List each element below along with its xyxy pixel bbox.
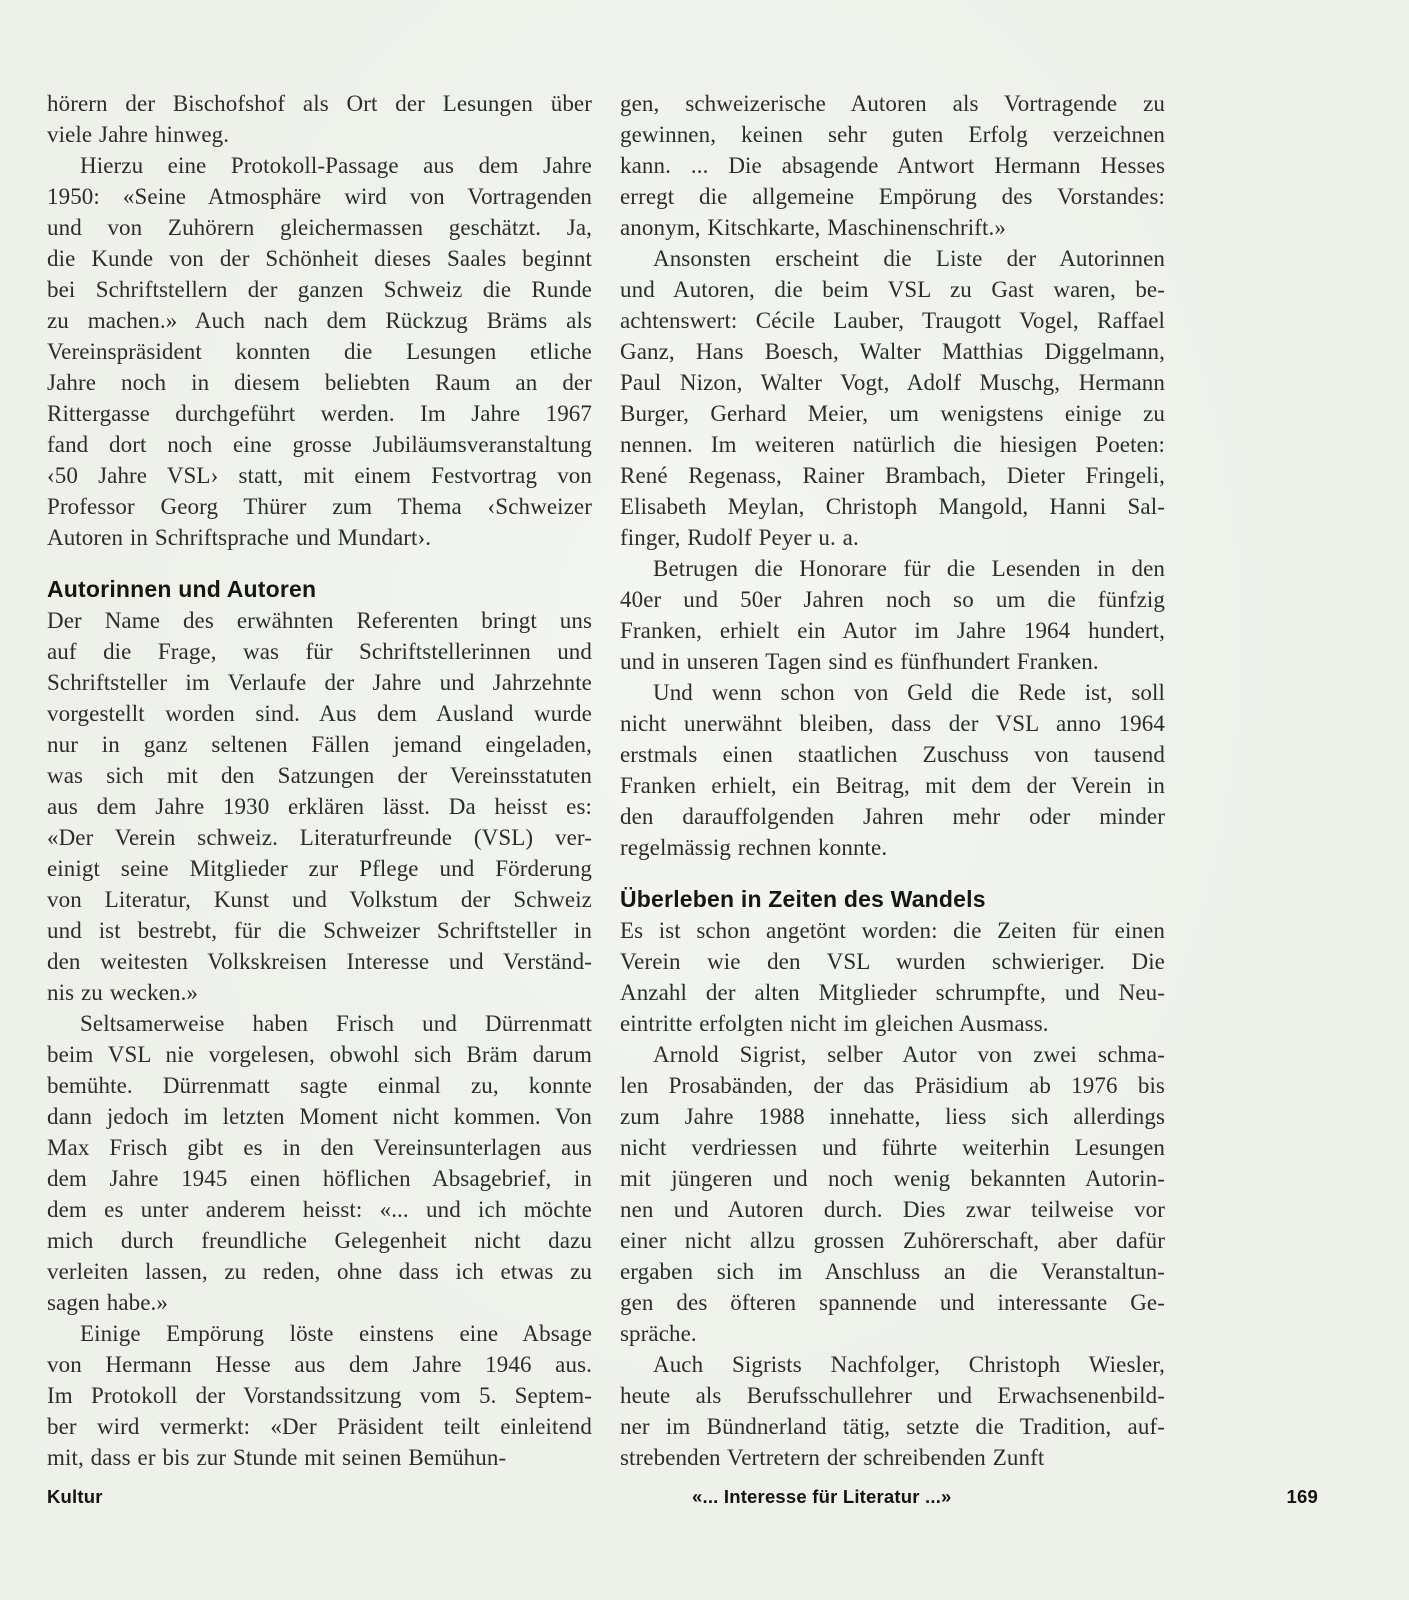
paragraph: Auch Sigrists Nachfolger, Christoph Wies… — [620, 1349, 1165, 1473]
text-line: Burger, Gerhard Meier, um wenigstens ein… — [620, 398, 1165, 429]
footer-running-title: «... Interesse für Literatur ...» — [692, 1486, 952, 1508]
left-text-column: hörern der Bischofshof als Ort der Lesun… — [47, 88, 592, 1473]
text-line: nur in ganz seltenen Fällen jemand einge… — [47, 729, 592, 760]
text-line: den weitesten Volkskreisen Interesse und… — [47, 946, 592, 977]
text-line: Auch Sigrists Nachfolger, Christoph Wies… — [620, 1349, 1165, 1380]
text-line: Arnold Sigrist, selber Autor von zwei sc… — [620, 1039, 1165, 1070]
text-line: Professor Georg Thürer zum Thema ‹Schwei… — [47, 491, 592, 522]
text-line: nennen. Im weiteren natürlich die hiesig… — [620, 429, 1165, 460]
text-line: Verein wie den VSL wurden schwieriger. D… — [620, 946, 1165, 977]
text-line: spräche. — [620, 1318, 1165, 1349]
text-line: mit jüngeren und noch wenig bekannten Au… — [620, 1163, 1165, 1194]
text-line: und in unseren Tagen sind es fünfhundert… — [620, 646, 1165, 677]
text-line: Seltsamerweise haben Frisch und Dürrenma… — [47, 1008, 592, 1039]
text-line: zum Jahre 1988 innehatte, liess sich all… — [620, 1101, 1165, 1132]
text-line: len Prosabänden, der das Präsidium ab 19… — [620, 1070, 1165, 1101]
paragraph: Arnold Sigrist, selber Autor von zwei sc… — [620, 1039, 1165, 1349]
text-line: ergaben sich im Anschluss an die Veranst… — [620, 1256, 1165, 1287]
paragraph: Betrugen die Honorare für die Lesenden i… — [620, 553, 1165, 677]
text-line: fand dort noch eine grosse Jubiläumsvera… — [47, 429, 592, 460]
text-line: René Regenass, Rainer Brambach, Dieter F… — [620, 460, 1165, 491]
text-line: strebenden Vertretern der schreibenden Z… — [620, 1442, 1165, 1473]
text-line: eintritte erfolgten nicht im gleichen Au… — [620, 1008, 1165, 1039]
text-line: erregt die allgemeine Empörung des Vorst… — [620, 181, 1165, 212]
text-line: Rittergasse durchgeführt werden. Im Jahr… — [47, 398, 592, 429]
text-line: nen und Autoren durch. Dies zwar teilwei… — [620, 1194, 1165, 1225]
text-line: nicht unerwähnt bleiben, dass der VSL an… — [620, 708, 1165, 739]
text-line: 40er und 50er Jahren noch so um die fünf… — [620, 584, 1165, 615]
text-line: mich durch freundliche Gelegenheit nicht… — [47, 1225, 592, 1256]
text-line: achtenswert: Cécile Lauber, Traugott Vog… — [620, 305, 1165, 336]
text-line: «Der Verein schweiz. Literaturfreunde (V… — [47, 822, 592, 853]
text-line: heute als Berufsschullehrer und Erwachse… — [620, 1380, 1165, 1411]
text-line: Es ist schon angetönt worden: die Zeiten… — [620, 915, 1165, 946]
text-line: von Hermann Hesse aus dem Jahre 1946 aus… — [47, 1349, 592, 1380]
text-line: mit, dass er bis zur Stunde mit seinen B… — [47, 1442, 592, 1473]
paragraph: Seltsamerweise haben Frisch und Dürrenma… — [47, 1008, 592, 1318]
text-line: von Literatur, Kunst und Volkstum der Sc… — [47, 884, 592, 915]
text-line: Ganz, Hans Boesch, Walter Matthias Digge… — [620, 336, 1165, 367]
paragraph: Einige Empörung löste einstens eine Absa… — [47, 1318, 592, 1473]
text-line: Max Frisch gibt es in den Vereinsunterla… — [47, 1132, 592, 1163]
text-line: Schriftsteller im Verlaufe der Jahre und… — [47, 667, 592, 698]
text-line: anonym, Kitschkarte, Maschinenschrift.» — [620, 212, 1165, 243]
text-line: Autoren in Schriftsprache und Mundart›. — [47, 522, 592, 553]
text-line: auf die Frage, was für Schriftstellerinn… — [47, 636, 592, 667]
footer-page-number: 169 — [1287, 1486, 1318, 1508]
section-heading: Überleben in Zeiten des Wandels — [620, 884, 1165, 915]
text-line: Und wenn schon von Geld die Rede ist, so… — [620, 677, 1165, 708]
text-line: gewinnen, keinen sehr guten Erfolg verze… — [620, 119, 1165, 150]
text-line: Anzahl der alten Mitglieder schrumpfte, … — [620, 977, 1165, 1008]
paragraph: Und wenn schon von Geld die Rede ist, so… — [620, 677, 1165, 863]
text-line: dann jedoch im letzten Moment nicht komm… — [47, 1101, 592, 1132]
text-line: und von Zuhörern gleichermassen geschätz… — [47, 212, 592, 243]
text-line: Franken, erhielt ein Autor im Jahre 1964… — [620, 615, 1165, 646]
paragraph: Ansonsten erscheint die Liste der Autori… — [620, 243, 1165, 553]
text-line: beim VSL nie vorgelesen, obwohl sich Brä… — [47, 1039, 592, 1070]
text-line: kann. ... Die absagende Antwort Hermann … — [620, 150, 1165, 181]
text-line: und ist bestrebt, für die Schweizer Schr… — [47, 915, 592, 946]
text-line: sagen habe.» — [47, 1287, 592, 1318]
text-line: einer nicht allzu grossen Zuhörerschaft,… — [620, 1225, 1165, 1256]
text-line: nis zu wecken.» — [47, 977, 592, 1008]
text-line: ber wird vermerkt: «Der Präsident teilt … — [47, 1411, 592, 1442]
section-heading: Autorinnen und Autoren — [47, 574, 592, 605]
text-line: Einige Empörung löste einstens eine Absa… — [47, 1318, 592, 1349]
text-line: und Autoren, die beim VSL zu Gast waren,… — [620, 274, 1165, 305]
text-line: Franken erhielt, ein Beitrag, mit dem de… — [620, 770, 1165, 801]
text-line: ner im Bündnerland tätig, setzte die Tra… — [620, 1411, 1165, 1442]
text-line: nicht verdriessen und führte weiterhin L… — [620, 1132, 1165, 1163]
text-line: Paul Nizon, Walter Vogt, Adolf Muschg, H… — [620, 367, 1165, 398]
text-line: dem es unter anderem heisst: «... und ic… — [47, 1194, 592, 1225]
text-line: die Kunde von der Schönheit dieses Saale… — [47, 243, 592, 274]
text-line: bei Schriftstellern der ganzen Schweiz d… — [47, 274, 592, 305]
paragraph: Hierzu eine Protokoll-Passage aus dem Ja… — [47, 150, 592, 553]
paragraph: Es ist schon angetönt worden: die Zeiten… — [620, 915, 1165, 1039]
footer-section-label: Kultur — [47, 1486, 103, 1508]
text-line: vorgestellt worden sind. Aus dem Ausland… — [47, 698, 592, 729]
text-line: Hierzu eine Protokoll-Passage aus dem Ja… — [47, 150, 592, 181]
text-line: was sich mit den Satzungen der Vereinsst… — [47, 760, 592, 791]
text-line: Betrugen die Honorare für die Lesenden i… — [620, 553, 1165, 584]
text-line: bemühte. Dürrenmatt sagte einmal zu, kon… — [47, 1070, 592, 1101]
text-line: Im Protokoll der Vorstandssitzung vom 5.… — [47, 1380, 592, 1411]
text-line: einigt seine Mitglieder zur Pflege und F… — [47, 853, 592, 884]
text-line: Der Name des erwähnten Referenten bringt… — [47, 605, 592, 636]
text-line: hörern der Bischofshof als Ort der Lesun… — [47, 88, 592, 119]
text-line: gen des öfteren spannende und interessan… — [620, 1287, 1165, 1318]
paragraph: Der Name des erwähnten Referenten bringt… — [47, 605, 592, 1008]
text-line: zu machen.» Auch nach dem Rückzug Bräms … — [47, 305, 592, 336]
text-line: verleiten lassen, zu reden, ohne dass ic… — [47, 1256, 592, 1287]
text-line: Elisabeth Meylan, Christoph Mangold, Han… — [620, 491, 1165, 522]
text-line: ‹50 Jahre VSL› statt, mit einem Festvort… — [47, 460, 592, 491]
text-line: gen, schweizerische Autoren als Vortrage… — [620, 88, 1165, 119]
text-line: dem Jahre 1945 einen höflichen Absagebri… — [47, 1163, 592, 1194]
text-line: Jahre noch in diesem beliebten Raum an d… — [47, 367, 592, 398]
right-text-column: gen, schweizerische Autoren als Vortrage… — [620, 88, 1165, 1473]
text-line: finger, Rudolf Peyer u. a. — [620, 522, 1165, 553]
text-line: aus dem Jahre 1930 erklären lässt. Da he… — [47, 791, 592, 822]
text-line: viele Jahre hinweg. — [47, 119, 592, 150]
text-line: 1950: «Seine Atmosphäre wird von Vortrag… — [47, 181, 592, 212]
paragraph: hörern der Bischofshof als Ort der Lesun… — [47, 88, 592, 150]
paragraph: gen, schweizerische Autoren als Vortrage… — [620, 88, 1165, 243]
text-line: Ansonsten erscheint die Liste der Autori… — [620, 243, 1165, 274]
text-line: erstmals einen staatlichen Zuschuss von … — [620, 739, 1165, 770]
scanned-page: hörern der Bischofshof als Ort der Lesun… — [0, 0, 1409, 1600]
text-line: regelmässig rechnen konnte. — [620, 832, 1165, 863]
text-line: Vereinspräsident konnten die Lesungen et… — [47, 336, 592, 367]
text-line: den darauffolgenden Jahren mehr oder min… — [620, 801, 1165, 832]
